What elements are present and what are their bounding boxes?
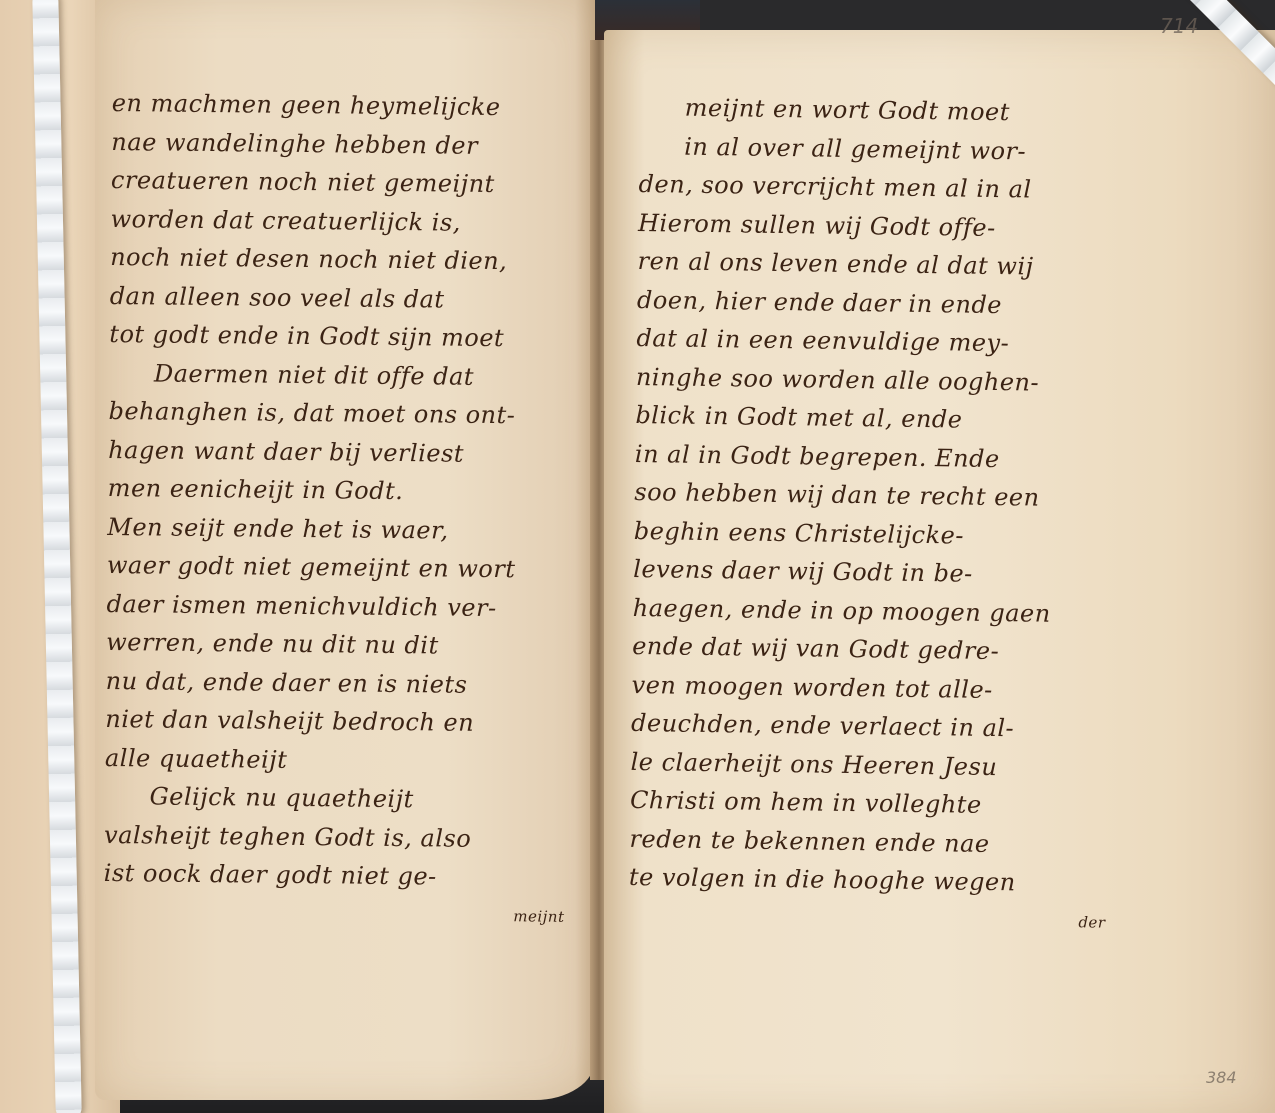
manuscript-line: levens daer wij Godt in be- (633, 550, 1111, 595)
manuscript-line: daer ismen menichvuldich ver- (106, 584, 568, 627)
manuscript-line: haegen, ende in op moogen gaen (632, 588, 1110, 633)
manuscript-line: Daermen niet dit offe dat (109, 353, 571, 396)
manuscript-line: soo hebben wij dan te recht een (634, 473, 1112, 518)
manuscript-line: beghin eens Christelijcke- (634, 511, 1112, 556)
manuscript-line: deuchden, ende verlaect in al- (631, 704, 1109, 749)
manuscript-line: ven moogen worden tot alle- (631, 665, 1109, 710)
manuscript-line: creatueren noch niet gemeijnt (111, 161, 573, 204)
manuscript-line: nu dat, ende daer en is niets (106, 661, 568, 704)
manuscript-line: niet dan valsheijt bedroch en (105, 700, 567, 743)
manuscript-line: in al in Godt begrepen. Ende (635, 434, 1113, 479)
manuscript-line: nae wandelinghe hebben der (111, 122, 573, 165)
left-page-text: en machmen geen heymelijcke nae wandelin… (103, 84, 573, 936)
manuscript-line: meijnt en wort Godt moet (639, 88, 1117, 133)
manuscript-line: Hierom sullen wij Godt offe- (638, 203, 1116, 248)
manuscript-line: ist oock daer godt niet ge- (104, 854, 566, 897)
folio-number-bottom: 384 (1206, 1068, 1237, 1087)
manuscript-line: den, soo vercrijcht men al in al (638, 165, 1116, 210)
manuscript-line: ende dat wij van Godt gedre- (632, 627, 1110, 672)
manuscript-line: alle quaetheijt (105, 738, 567, 781)
manuscript-line: werren, ende nu dit nu dit (106, 623, 568, 666)
manuscript-line: te volgen in die hooghe wegen (629, 858, 1107, 903)
manuscript-line: Men seijt ende het is waer, (107, 507, 569, 550)
manuscript-line: dat al in een eenvuldige mey- (636, 319, 1114, 364)
manuscript-line: Gelijck nu quaetheijt (104, 777, 566, 820)
right-page-text: meijnt en wort Godt moet in al over all … (628, 88, 1117, 942)
catchword: meijnt (103, 892, 565, 935)
manuscript-line: worden dat creatuerlijck is, (110, 199, 572, 242)
manuscript-line: tot godt ende in Godt sijn moet (109, 315, 571, 358)
manuscript-line: reden te bekennen ende nae (629, 819, 1107, 864)
manuscript-line: ninghe soo worden alle ooghen- (636, 357, 1114, 402)
manuscript-line: Christi om hem in volleghte (630, 781, 1108, 826)
catchword: der (628, 896, 1106, 941)
manuscript-line: noch niet desen noch niet dien, (110, 238, 572, 281)
manuscript-line: valsheijt teghen Godt is, also (104, 815, 566, 858)
manuscript-line: in al over all gemeijnt wor- (639, 126, 1117, 171)
manuscript-line: hagen want daer bij verliest (108, 430, 570, 473)
manuscript-line: blick in Godt met al, ende (635, 396, 1113, 441)
manuscript-line: ren al ons leven ende al dat wij (637, 242, 1115, 287)
manuscript-line: behanghen is, dat moet ons ont- (108, 392, 570, 435)
manuscript-line: doen, hier ende daer in ende (637, 280, 1115, 325)
manuscript-line: dan alleen soo veel als dat (110, 276, 572, 319)
manuscript-line: men eenicheijt in Godt. (108, 469, 570, 512)
manuscript-line: waer godt niet gemeijnt en wort (107, 546, 569, 589)
manuscript-line: en machmen geen heymelijcke (112, 84, 574, 127)
manuscript-line: le claerheijt ons Heeren Jesu (630, 742, 1108, 787)
folio-number-top: 714 (1160, 14, 1198, 38)
